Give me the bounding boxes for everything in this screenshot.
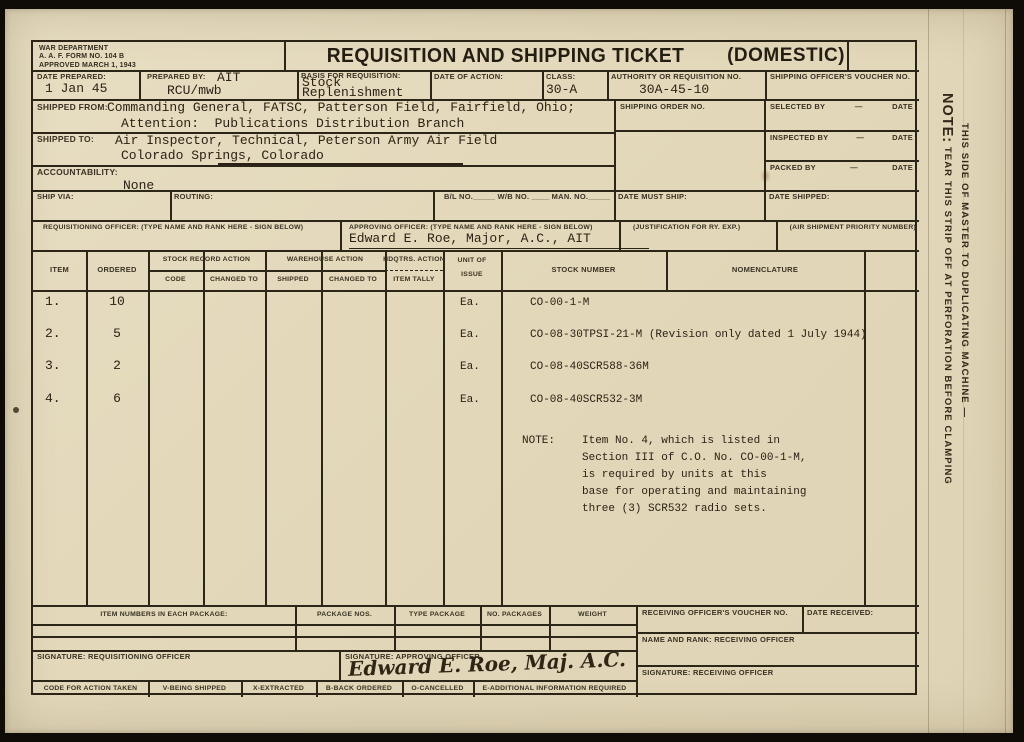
stock-number: CO-08-40SCR588-36M [530,360,649,374]
inspected-by-row: INSPECTED BY — DATE [770,134,913,143]
prepared-by-value-2: RCU/mwb [167,83,222,99]
item-no: 4. [45,391,61,407]
code-action-taken: CODE FOR ACTION TAKEN [33,680,148,697]
shipped-from-label: SHIPPED FROM: [37,103,108,113]
grid-line [864,250,866,605]
selected-by-row: SELECTED BY — DATE [770,103,913,112]
package-items-header: ITEM NUMBERS IN EACH PACKAGE: [33,605,295,624]
grid-line [614,99,616,220]
note-line: is required by units at this [582,468,767,482]
grid-line [170,190,172,220]
inspected-by-label: INSPECTED BY [770,134,828,143]
package-nos-header: PACKAGE NOS. [295,605,394,624]
justification-label: (JUSTIFICATION FOR RY. EXP.) [633,224,740,232]
grid-line [847,42,849,70]
grid-line [765,70,767,99]
form-number: A. A. F. FORM NO. 104 B [39,53,136,61]
code-additional-info: E-ADDITIONAL INFORMATION REQUIRED [473,680,636,697]
grid-line [433,190,435,220]
form-paper: NOTE: TEAR THIS STRIP OFF AT PERFORATION… [5,9,1013,733]
requisitioning-signature-label: SIGNATURE: REQUISITIONING OFFICER [37,653,191,662]
title-row: REQUISITION AND SHIPPING TICKET (DOMESTI… [284,42,847,70]
grid-line [430,70,432,99]
ordered-qty: 2 [86,358,148,374]
date-received-label: DATE RECEIVED: [807,609,873,618]
grid-line [607,70,609,99]
shipping-voucher-label: SHIPPING OFFICER'S VOUCHER NO. [770,73,910,82]
tear-strip-note: NOTE: TEAR THIS STRIP OFF AT PERFORATION… [938,93,973,665]
class-value: 30-A [546,82,577,98]
grid-line [33,165,614,167]
grid-line [203,250,205,605]
col-item-tally-header: ITEM TALLY [385,270,443,290]
grid-line [340,220,342,250]
dash: — [850,164,858,173]
no-packages-header: NO. PACKAGES [480,605,549,624]
note-label: NOTE: [522,434,555,448]
paper-stain [13,407,19,413]
shipped-to-line1: Air Inspector, Technical, Peterson Army … [115,133,497,149]
accountability-value: None [123,178,154,194]
col-nomenclature-header: NOMENCLATURE [666,250,864,290]
grid-line [764,160,919,162]
shipped-to-label: SHIPPED TO: [37,135,94,145]
tear-strip-line1: NOTE: TEAR THIS STRIP OFF AT PERFORATION… [938,93,956,665]
grid-line [321,250,323,605]
receiving-voucher-label: RECEIVING OFFICER'S VOUCHER NO. [642,609,788,618]
bl-wb-man-line: B/L NO._____ W/B NO. ____ MAN. NO._____ [444,193,610,202]
date-of-action-label: DATE OF ACTION: [434,73,503,82]
dash: — [855,103,863,112]
date-prepared-value: 1 Jan 45 [45,81,107,97]
prepared-by-label: PREPARED BY: [147,73,206,82]
grid-line [33,624,636,626]
shipped-from-line2: Attention: Publications Distribution Bra… [121,116,464,132]
shipped-to-line2: Colorado Springs, Colorado [121,148,324,164]
title-domestic: (DOMESTIC) [727,45,847,67]
col-changed-to-header: CHANGED TO [203,270,265,290]
group-stock-record-header: STOCK RECORD ACTION [148,250,265,270]
perforation-line [928,9,929,733]
grid-line [33,220,919,222]
grid-line [265,250,267,605]
date-label: DATE [892,134,913,143]
grid-line [614,130,919,132]
col-item-header: ITEM [33,250,86,290]
ordered-qty: 10 [86,294,148,310]
item-no: 1. [45,294,61,310]
receiving-name-rank-label: NAME AND RANK: RECEIVING OFFICER [642,636,795,645]
note-line: three (3) SCR532 radio sets. [582,502,767,516]
shipped-to-underline [218,163,463,165]
grid-line [443,250,445,605]
ship-via-label: SHIP VIA: [37,193,74,202]
basis-value-2: Replenishment [302,85,403,101]
selected-by-label: SELECTED BY [770,103,825,112]
col-unit-header-2: ISSUE [443,268,501,282]
dash: — [856,134,864,143]
code-cancelled: O-CANCELLED [402,680,473,697]
stock-number: CO-08-40SCR532-3M [530,393,642,407]
page-title: REQUISITION AND SHIPPING TICKET [293,45,718,68]
grid-line [33,636,636,638]
grid-line [636,665,919,667]
grid-line [139,70,141,99]
stock-number: CO-08-30TPSI-21-M (Revision only dated 1… [530,328,867,342]
receiving-signature-label: SIGNATURE: RECEIVING OFFICER [642,669,773,678]
code-back-ordered: B-BACK ORDERED [316,680,402,697]
grid-line [764,99,766,220]
unit-of-issue: Ea. [460,360,480,374]
group-hdqtrs-header: HDQTRS. ACTION [385,250,443,270]
grid-line [636,632,919,634]
col-changed-to2-header: CHANGED TO [321,270,385,290]
ordered-qty: 5 [86,326,148,342]
grid-line [802,605,804,632]
date-shipped-label: DATE SHIPPED: [769,193,830,202]
group-warehouse-header: WAREHOUSE ACTION [265,250,385,270]
packed-by-row: PACKED BY — DATE [770,164,913,173]
form-approval-date: APPROVED MARCH 1, 1943 [39,62,136,70]
grid-line [33,290,919,292]
tear-strip-note-label: NOTE: [939,93,955,143]
accountability-label: ACCOUNTABILITY: [37,168,118,178]
approving-officer-name: Edward E. Roe, Major, A.C., AIT [349,231,649,249]
grid-line [148,250,150,605]
tear-strip-line2: THIS SIDE OF MASTER TO DUPLICATING MACHI… [956,93,973,665]
col-shipped-header: SHIPPED [265,270,321,290]
air-priority-label: (AIR SHIPMENT PRIORITY NUMBER) [778,224,916,232]
col-code-header: CODE [148,270,203,290]
col-ordered-header: ORDERED [86,250,148,290]
note-line: base for operating and maintaining [582,485,806,499]
packed-by-label: PACKED BY [770,164,816,173]
code-extracted: X-EXTRACTED [241,680,316,697]
requisition-form: WAR DEPARTMENT A. A. F. FORM NO. 104 B A… [31,40,917,695]
routing-label: ROUTING: [174,193,213,202]
code-being-shipped: V-BEING SHIPPED [148,680,241,697]
agency-name: WAR DEPARTMENT [39,45,136,53]
grid-line [339,650,341,680]
requisitioning-officer-label: REQUISITIONING OFFICER: (TYPE NAME AND R… [43,224,303,232]
type-package-header: TYPE PACKAGE [394,605,480,624]
ordered-qty: 6 [86,391,148,407]
note-line: Section III of C.O. No. CO-00-1-M, [582,451,806,465]
paper-crease [1005,9,1006,733]
col-stock-number-header: STOCK NUMBER [501,250,666,290]
grid-line [542,70,544,99]
grid-line [501,250,503,605]
date-label: DATE [892,103,913,112]
item-no: 2. [45,326,61,342]
unit-of-issue: Ea. [460,328,480,342]
shipped-from-line1: Commanding General, FATSC, Patterson Fie… [107,100,575,116]
note-line: Item No. 4, which is listed in [582,434,780,448]
weight-header: WEIGHT [549,605,636,624]
item-no: 3. [45,358,61,374]
date-must-ship-label: DATE MUST SHIP: [618,193,687,202]
grid-line [385,250,387,605]
date-label: DATE [892,164,913,173]
grid-line [297,70,299,99]
authority-value: 30A-45-10 [639,82,709,98]
grid-line [636,605,638,697]
shipping-order-no-label: SHIPPING ORDER NO. [620,103,705,112]
class-label: CLASS: [546,73,575,82]
authority-label: AUTHORITY OR REQUISITION NO. [611,73,741,82]
form-identification: WAR DEPARTMENT A. A. F. FORM NO. 104 B A… [39,45,136,70]
unit-of-issue: Ea. [460,393,480,407]
col-unit-header-1: UNIT OF [443,254,501,268]
stock-number: CO-00-1-M [530,296,589,310]
unit-of-issue: Ea. [460,296,480,310]
